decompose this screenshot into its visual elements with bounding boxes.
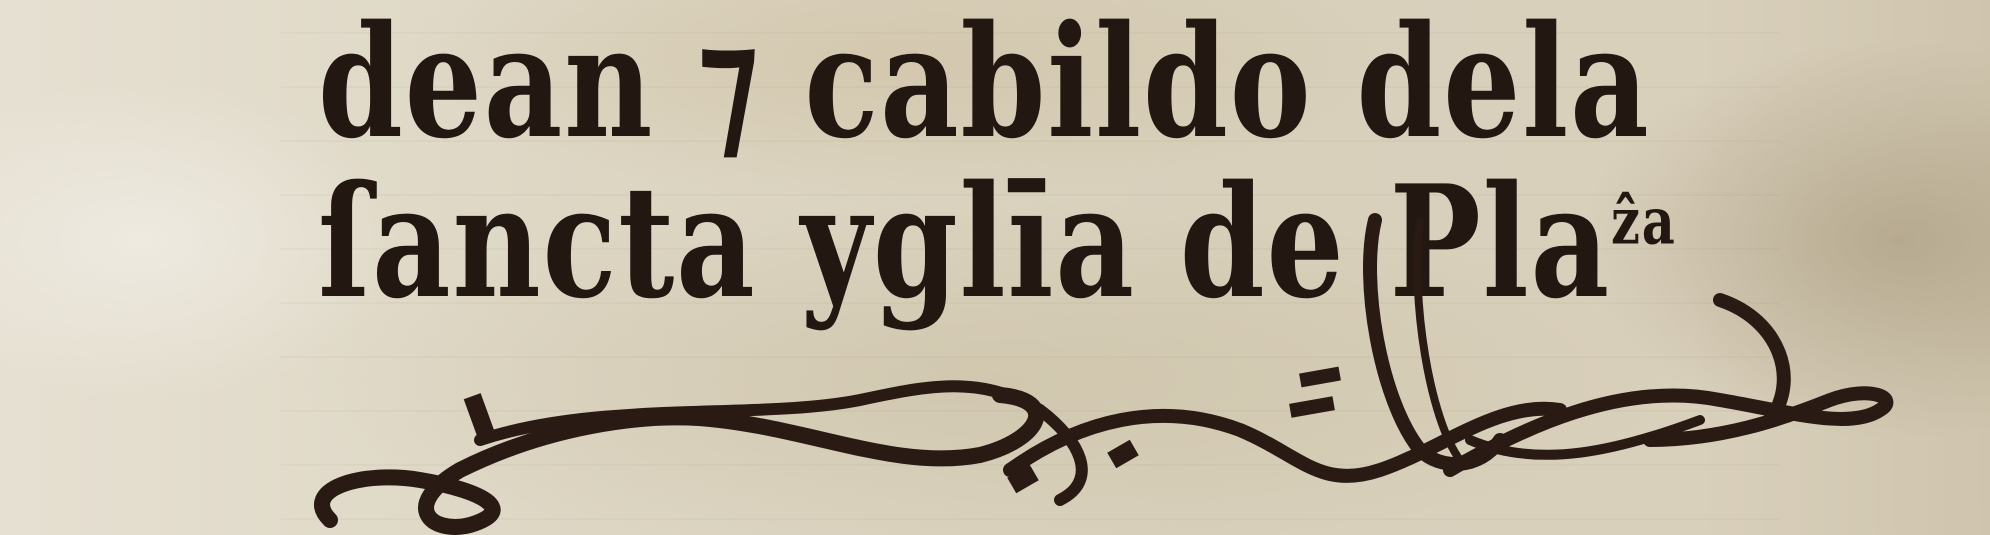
calligraphic-flourish (0, 0, 1990, 535)
